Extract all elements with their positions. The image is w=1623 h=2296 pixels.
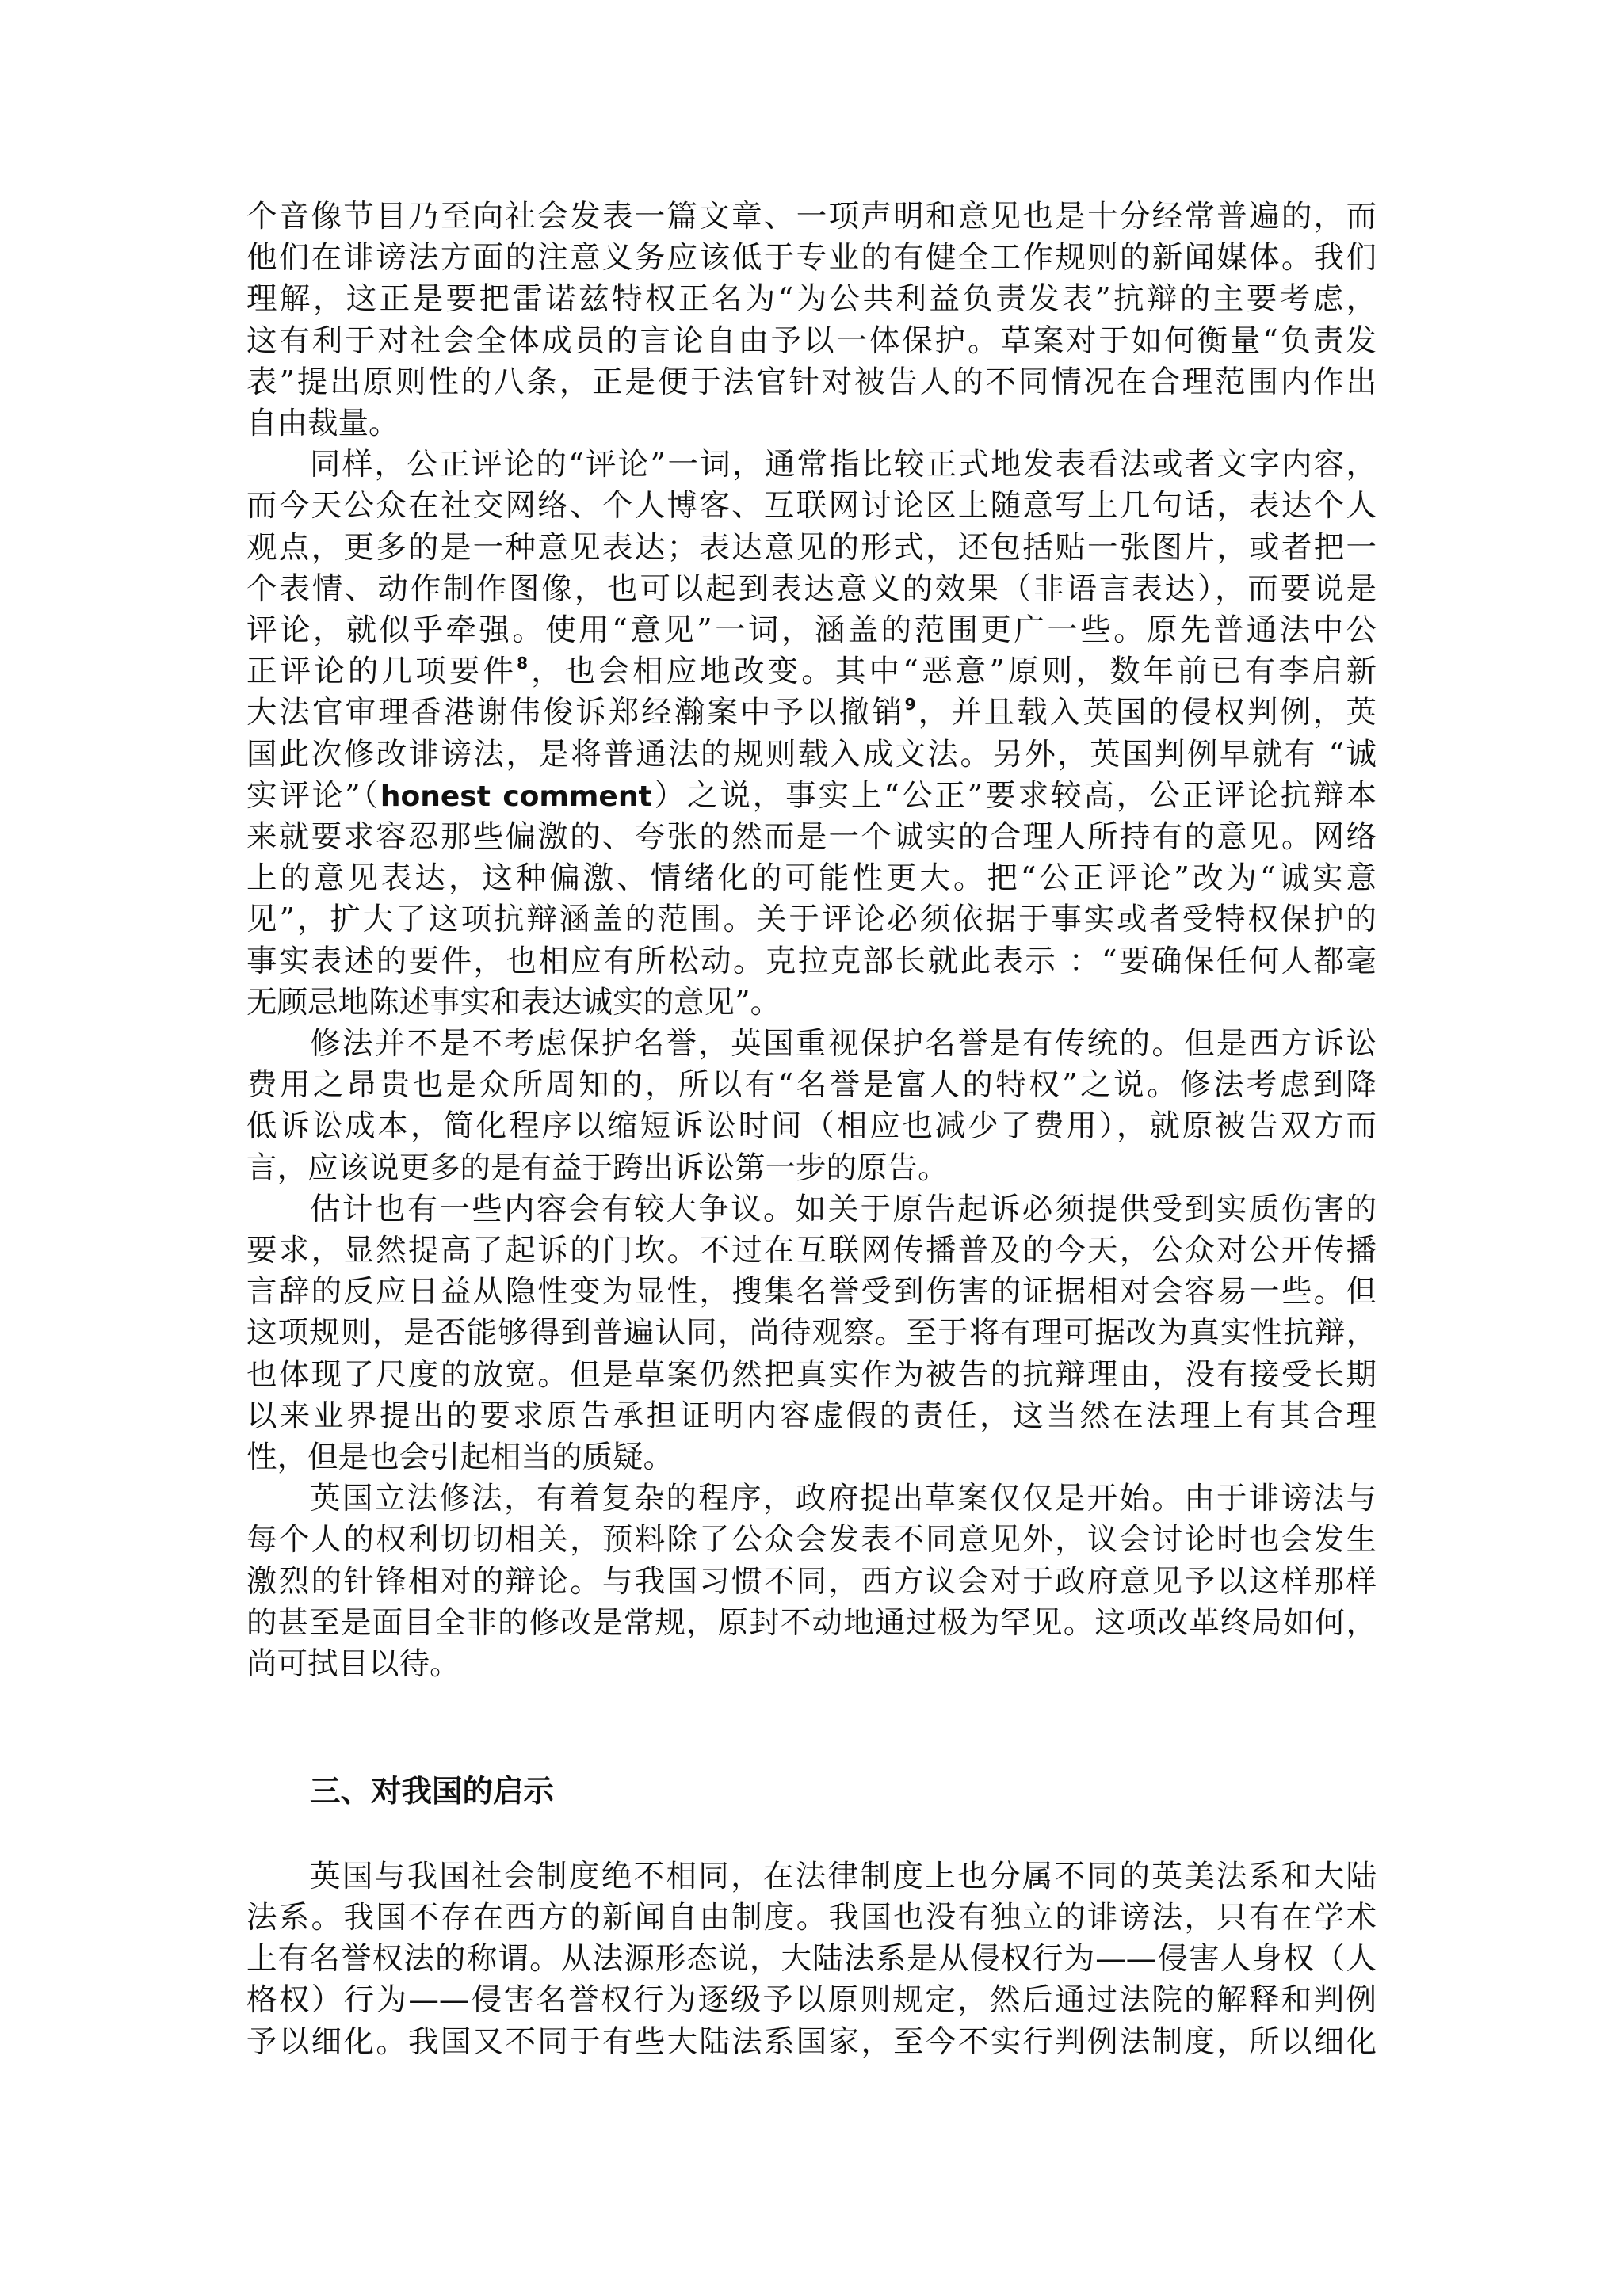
- paragraph-2-line-5: 评论，就似乎牵强。使用“意见”一词，涵盖的范围更广一些。原先普通法中公: [246, 612, 1377, 649]
- text-before-english: 实评论”（: [246, 778, 380, 814]
- section-paragraph-line-1: 英国与我国社会制度绝不相同，在法律制度上也分属不同的英美法系和大陆: [310, 1859, 1377, 1895]
- paragraph-2-line-4: 个表情、动作制作图像，也可以起到表达意义的效果（非语言表达），而要说是: [246, 571, 1377, 608]
- paragraph-5-line-3: 激烈的针锋相对的辩论。与我国习惯不同，西方议会对于政府意见予以这样那样: [246, 1564, 1377, 1600]
- text-before-footnote: 大法官审理香港谢伟俊诉郑经瀚案中予以撤销: [246, 695, 905, 730]
- paragraph-2-line-2: 而今天公众在社交网络、个人博客、互联网讨论区上随意写上几句话，表达个人: [246, 488, 1377, 524]
- text-after-footnote: ，并且载入英国的侵权判例，英: [916, 695, 1377, 730]
- paragraph-4-line-5: 也体现了尺度的放宽。但是草案仍然把真实作为被告的抗辩理由，没有接受长期: [246, 1357, 1377, 1394]
- paragraph-5-line-2: 每个人的权利切切相关，预料除了公众会发表不同意见外，议会讨论时也会发生: [246, 1522, 1377, 1558]
- paragraph-2-line-9: 实评论”（honest comment）之说，事实上“公正”要求较高，公正评论抗…: [246, 778, 1377, 814]
- paragraph-4-line-7: 性，但是也会引起相当的质疑。: [246, 1440, 1377, 1476]
- paragraph-2-line-11: 上的意见表达，这种偏激、情绪化的可能性更大。把“公正评论”改为“诚实意: [246, 860, 1377, 897]
- paragraph-3-line-1: 修法并不是不考虑保护名誉，英国重视保护名誉是有传统的。但是西方诉讼: [310, 1026, 1377, 1062]
- paragraph-4-line-4: 这项规则，是否能够得到普遍认同，尚待观察。至于将有理可据改为真实性抗辩，: [246, 1315, 1377, 1352]
- paragraph-2-line-13: 事实表述的要件，也相应有所松动。克拉克部长就此表示 ：“要确保任何人都毫: [246, 944, 1377, 980]
- footnote-ref-9[interactable]: 9: [905, 695, 916, 714]
- paragraph-4-line-6: 以来业界提出的要求原告承担证明内容虚假的责任，这当然在法理上有其合理: [246, 1398, 1377, 1435]
- paragraph-1-line-4: 这有利于对社会全体成员的言论自由予以一体保护。草案对于如何衡量“负责发: [246, 323, 1377, 360]
- document-page: 个音像节目乃至向社会发表一篇文章、一项声明和意见也是十分经常普遍的，而 他们在诽…: [0, 0, 1623, 2296]
- paragraph-2-line-10: 来就要求容忍那些偏激的、夸张的然而是一个诚实的合理人所持有的意见。网络: [246, 819, 1377, 856]
- paragraph-1-line-6: 自由裁量。: [246, 406, 1377, 442]
- text-after-english: ）之说，事实上“公正”要求较高，公正评论抗辩本: [652, 778, 1377, 814]
- paragraph-3-line-2: 费用之昂贵也是众所周知的，所以有“名誉是富人的特权”之说。修法考虑到降: [246, 1067, 1377, 1104]
- section-paragraph-line-5: 予以细化。我国又不同于有些大陆法系国家，至今不实行判例法制度，所以细化: [246, 2024, 1377, 2061]
- section-paragraph-line-2: 法系。我国不存在西方的新闻自由制度。我国也没有独立的诽谤法，只有在学术: [246, 1900, 1377, 1936]
- section-paragraph-line-4: 格权）行为——侵害名誉权行为逐级予以原则规定，然后通过法院的解释和判例: [246, 1982, 1377, 2019]
- paragraph-2-line-3: 观点，更多的是一种意见表达；表达意见的形式，还包括贴一张图片，或者把一: [246, 530, 1377, 566]
- paragraph-4-line-3: 言辞的反应日益从隐性变为显性，搜集名誉受到伤害的证据相对会容易一些。但: [246, 1274, 1377, 1310]
- text-after-footnote: ，也会相应地改变。其中“恶意”原则，数年前已有李启新: [528, 654, 1377, 689]
- paragraph-1-line-5: 表”提出原则性的八条，正是便于法官针对被告人的不同情况在合理范围内作出: [246, 364, 1377, 401]
- paragraph-1-line-2: 他们在诽谤法方面的注意义务应该低于专业的有健全工作规则的新闻媒体。我们: [246, 240, 1377, 277]
- paragraph-2-line-14: 无顾忌地陈述事实和表达诚实的意见”。: [246, 985, 1377, 1021]
- paragraph-2-line-7: 大法官审理香港谢伟俊诉郑经瀚案中予以撤销9，并且载入英国的侵权判例，英: [246, 695, 1377, 731]
- section-paragraph-line-3: 上有名誉权法的称谓。从法源形态说，大陆法系是从侵权行为——侵害人身权（人: [246, 1941, 1377, 1978]
- paragraph-1-line-3: 理解，这正是要把雷诺兹特权正名为“为公共利益负责发表”抗辩的主要考虑，: [246, 281, 1377, 318]
- english-term-honest-comment: honest comment: [380, 780, 652, 813]
- paragraph-1-line-1: 个音像节目乃至向社会发表一篇文章、一项声明和意见也是十分经常普遍的，而: [246, 199, 1377, 235]
- paragraph-2-line-6: 正评论的几项要件8，也会相应地改变。其中“恶意”原则，数年前已有李启新: [246, 654, 1377, 690]
- footnote-ref-8[interactable]: 8: [517, 654, 528, 673]
- paragraph-4-line-1: 估计也有一些内容会有较大争议。如关于原告起诉必须提供受到实质伤害的: [310, 1192, 1377, 1228]
- paragraph-2-line-8: 国此次修改诽谤法，是将普通法的规则载入成文法。另外，英国判例早就有 “诚: [246, 737, 1377, 773]
- paragraph-2-line-12: 见”，扩大了这项抗辩涵盖的范围。关于评论必须依据于事实或者受特权保护的: [246, 902, 1377, 938]
- paragraph-5-line-5: 尚可拭目以待。: [246, 1646, 1377, 1683]
- paragraph-5-line-4: 的甚至是面目全非的修改是常规，原封不动地通过极为罕见。这项改革终局如何，: [246, 1605, 1377, 1642]
- paragraph-3-line-4: 言，应该说更多的是有益于跨出诉讼第一步的原告。: [246, 1150, 1377, 1187]
- section-heading: 三、对我国的启示: [310, 1774, 554, 1810]
- paragraph-5-line-1: 英国立法修法，有着复杂的程序，政府提出草案仅仅是开始。由于诽谤法与: [310, 1481, 1377, 1517]
- paragraph-2-line-1: 同样，公正评论的“评论”一词，通常指比较正式地发表看法或者文字内容，: [310, 447, 1377, 483]
- paragraph-4-line-2: 要求，显然提高了起诉的门坎。不过在互联网传播普及的今天，公众对公开传播: [246, 1233, 1377, 1269]
- paragraph-3-line-3: 低诉讼成本，简化程序以缩短诉讼时间（相应也减少了费用），就原被告双方而: [246, 1108, 1377, 1145]
- text-before-footnote: 正评论的几项要件: [246, 654, 517, 689]
